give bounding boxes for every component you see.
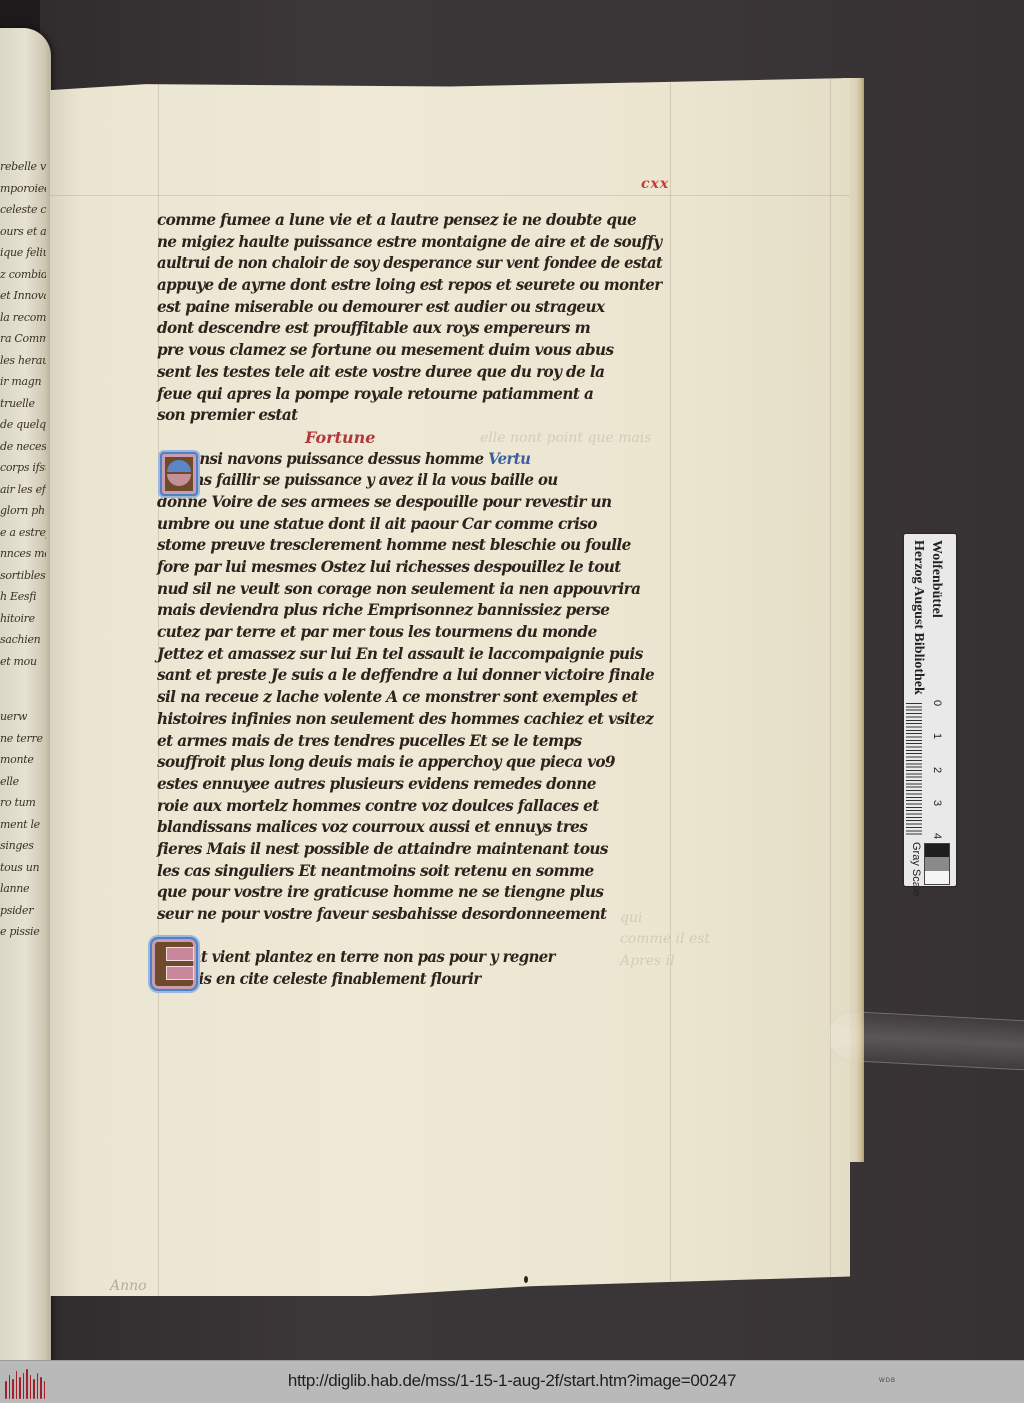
gray-swatch (925, 857, 949, 870)
text-line: est paine miserable ou demourer est audi… (157, 297, 662, 319)
verso-text-line: glorn ph (0, 500, 46, 522)
verso-text-line: et Innova (0, 285, 46, 307)
text-line: comme fumee a lune vie et a lautre pense… (157, 210, 662, 232)
verso-text-line: singes (0, 835, 46, 857)
verso-text-line: h Eesfi (0, 586, 46, 608)
verso-page: rebelle voumporoiee aceleste chissours e… (0, 28, 51, 1368)
paragraph-3: rant vient plantez en terre non pas pour… (157, 947, 667, 990)
verso-text-line: ra Comm (0, 328, 46, 350)
text-line: cutez par terre et par mer tous les tour… (157, 622, 662, 644)
verso-text-fragments: rebelle voumporoiee aceleste chissours e… (0, 156, 46, 943)
text-line: Sans faillir se puissance y avez il la v… (157, 470, 649, 492)
text-line: dont descendre est prouffitable aux roys… (157, 318, 662, 340)
verso-text-line: z combido (0, 264, 46, 286)
verso-text-line: sortibles (0, 565, 46, 587)
rubric-heading: Fortune (157, 427, 667, 449)
text-line: que pour vostre ire graticuse homme ne s… (157, 882, 662, 904)
verso-text-line: ro tum (0, 792, 46, 814)
text-line: aultrui de non chaloir de soy desperance… (157, 253, 647, 275)
verso-text-line: corps ifsu (0, 457, 46, 479)
verso-text-line: ique feliu (0, 242, 46, 264)
illuminated-initial-c (160, 452, 198, 496)
text-line: fieres Mais il nest possible de attaindr… (157, 839, 662, 861)
text-line: donne Voire de ses armees se despouille … (157, 492, 662, 514)
verso-text-line: ours et ang (0, 221, 46, 243)
text-line: mais deviendra plus riche Emprisonnez ba… (157, 600, 662, 622)
gray-swatch (925, 844, 949, 857)
manuscript-text: comme fumee a lune vie et a lautre pense… (157, 210, 667, 991)
verso-text-line: e pissie (0, 921, 46, 943)
text-line: et armes mais de tres tendres pucelles E… (157, 731, 662, 753)
verso-text-line: la recom (0, 307, 46, 329)
text-line: estes ennuyee autres plusieurs evidens r… (157, 774, 662, 796)
ruler-label: 4 (931, 833, 943, 839)
text-line: nud sil ne veult son corage non seulemen… (157, 579, 662, 601)
verso-text-line: celeste chiss (0, 199, 46, 221)
illuminated-initial-e (150, 937, 198, 991)
gray-scale-label: Gray Scale (910, 842, 922, 896)
verso-text-line: ir magn (0, 371, 46, 393)
text-line: Jettez et amassez sur lui En tel assault… (157, 644, 662, 666)
gray-swatch (925, 871, 949, 884)
footer-bar: http://diglib.hab.de/mss/1-15-1-aug-2f/s… (0, 1360, 1024, 1403)
paragraph-1: comme fumee a lune vie et a lautre pense… (157, 210, 667, 427)
institution-city: Wolfenbüttel (928, 540, 944, 618)
text-line: feue qui apres la pompe royale retourne … (157, 384, 662, 406)
wdb-watermark: WDB (879, 1378, 896, 1384)
institution-name: Herzog August Bibliothek (910, 540, 926, 695)
text-line: histoires infinies non seulement des hom… (157, 709, 662, 731)
verso-text-line: mporoiee a (0, 178, 46, 200)
verso-text-line: air les ef (0, 479, 46, 501)
verso-text-line: elle (0, 771, 46, 793)
ruler-label: 2 (931, 767, 943, 773)
text-line: stome preuve tresclerement homme nest bl… (157, 535, 662, 557)
verso-text-line: ment le (0, 814, 46, 836)
verso-text-line: de necessi (0, 436, 46, 458)
verso-text-line: rebelle vou (0, 156, 46, 178)
verso-text-line: sachien (0, 629, 46, 651)
verso-text-line: truelle (0, 393, 46, 415)
text-line: sent les testes tele ait este vostre dur… (157, 362, 662, 384)
ruling-line (670, 78, 671, 1296)
verso-text-line: tous un (0, 857, 46, 879)
text-line: souffroit plus long deuis mais ie apperc… (157, 752, 662, 774)
verso-text-line: psider (0, 900, 46, 922)
bottom-margin-note: Anno (110, 1278, 147, 1294)
ruler-label: 1 (931, 733, 943, 739)
ruling-line (830, 78, 831, 1296)
verso-text-line: uerw (0, 706, 46, 728)
text-line: son premier estat (157, 405, 662, 427)
verso-text-line: nnces me (0, 543, 46, 565)
verso-text-line: e a estrey (0, 522, 46, 544)
verso-text-line: hitoire (0, 608, 46, 630)
ruling-line (50, 195, 850, 196)
verso-text-line: monte (0, 749, 46, 771)
folio-number: cxx (641, 176, 669, 192)
verso-text-line: et mou (0, 651, 46, 673)
text-line: les cas singuliers Et neantmoins soit re… (157, 861, 662, 883)
text-line: roie aux mortelz hommes contre voz doulc… (157, 796, 662, 818)
text-line: sant et preste Je suis a le deffendre a … (157, 665, 662, 687)
text-line: ne migiez haulte puissance estre montaig… (157, 232, 657, 254)
permalink-url[interactable]: http://diglib.hab.de/mss/1-15-1-aug-2f/s… (0, 1371, 1024, 1391)
text-line: mais en cite celeste finablement flourir (157, 969, 649, 991)
text-line: pre vous clamez se fortune ou mesement d… (157, 340, 662, 362)
paragraph-2: t ainsi navons puissance dessus homme Ve… (157, 449, 667, 926)
verso-text-line: ne terre (0, 728, 46, 750)
text-line: fore par lui mesmes Ostez lui richesses … (157, 557, 662, 579)
text-line: blandissans malices voz courroux aussi e… (157, 817, 662, 839)
ruler-label: 0 (931, 700, 943, 706)
scale-card: Herzog August Bibliothek Wolfenbüttel 0 … (904, 534, 956, 886)
ink-spot (524, 1276, 528, 1283)
text-line: seur ne pour vostre faveur sesbahisse de… (157, 904, 662, 926)
gray-scale-swatches (924, 843, 950, 885)
text-line: appuye de ayrne dont estre loing est rep… (157, 275, 655, 297)
ruler-label: 3 (931, 800, 943, 806)
verso-text-line: lanne (0, 878, 46, 900)
highlighted-word: Vertu (488, 450, 530, 468)
text-line: sil na receue z lache volente A ce monst… (157, 687, 662, 709)
verso-text-line: les herault (0, 350, 46, 372)
text-line: rant vient plantez en terre non pas pour… (157, 947, 649, 969)
ruler-ticks (906, 703, 922, 837)
text-line: t ainsi navons puissance dessus homme Ve… (157, 449, 649, 471)
text-line: umbre ou une statue dont il ait paour Ca… (157, 514, 662, 536)
verso-text-line: de quelque (0, 414, 46, 436)
